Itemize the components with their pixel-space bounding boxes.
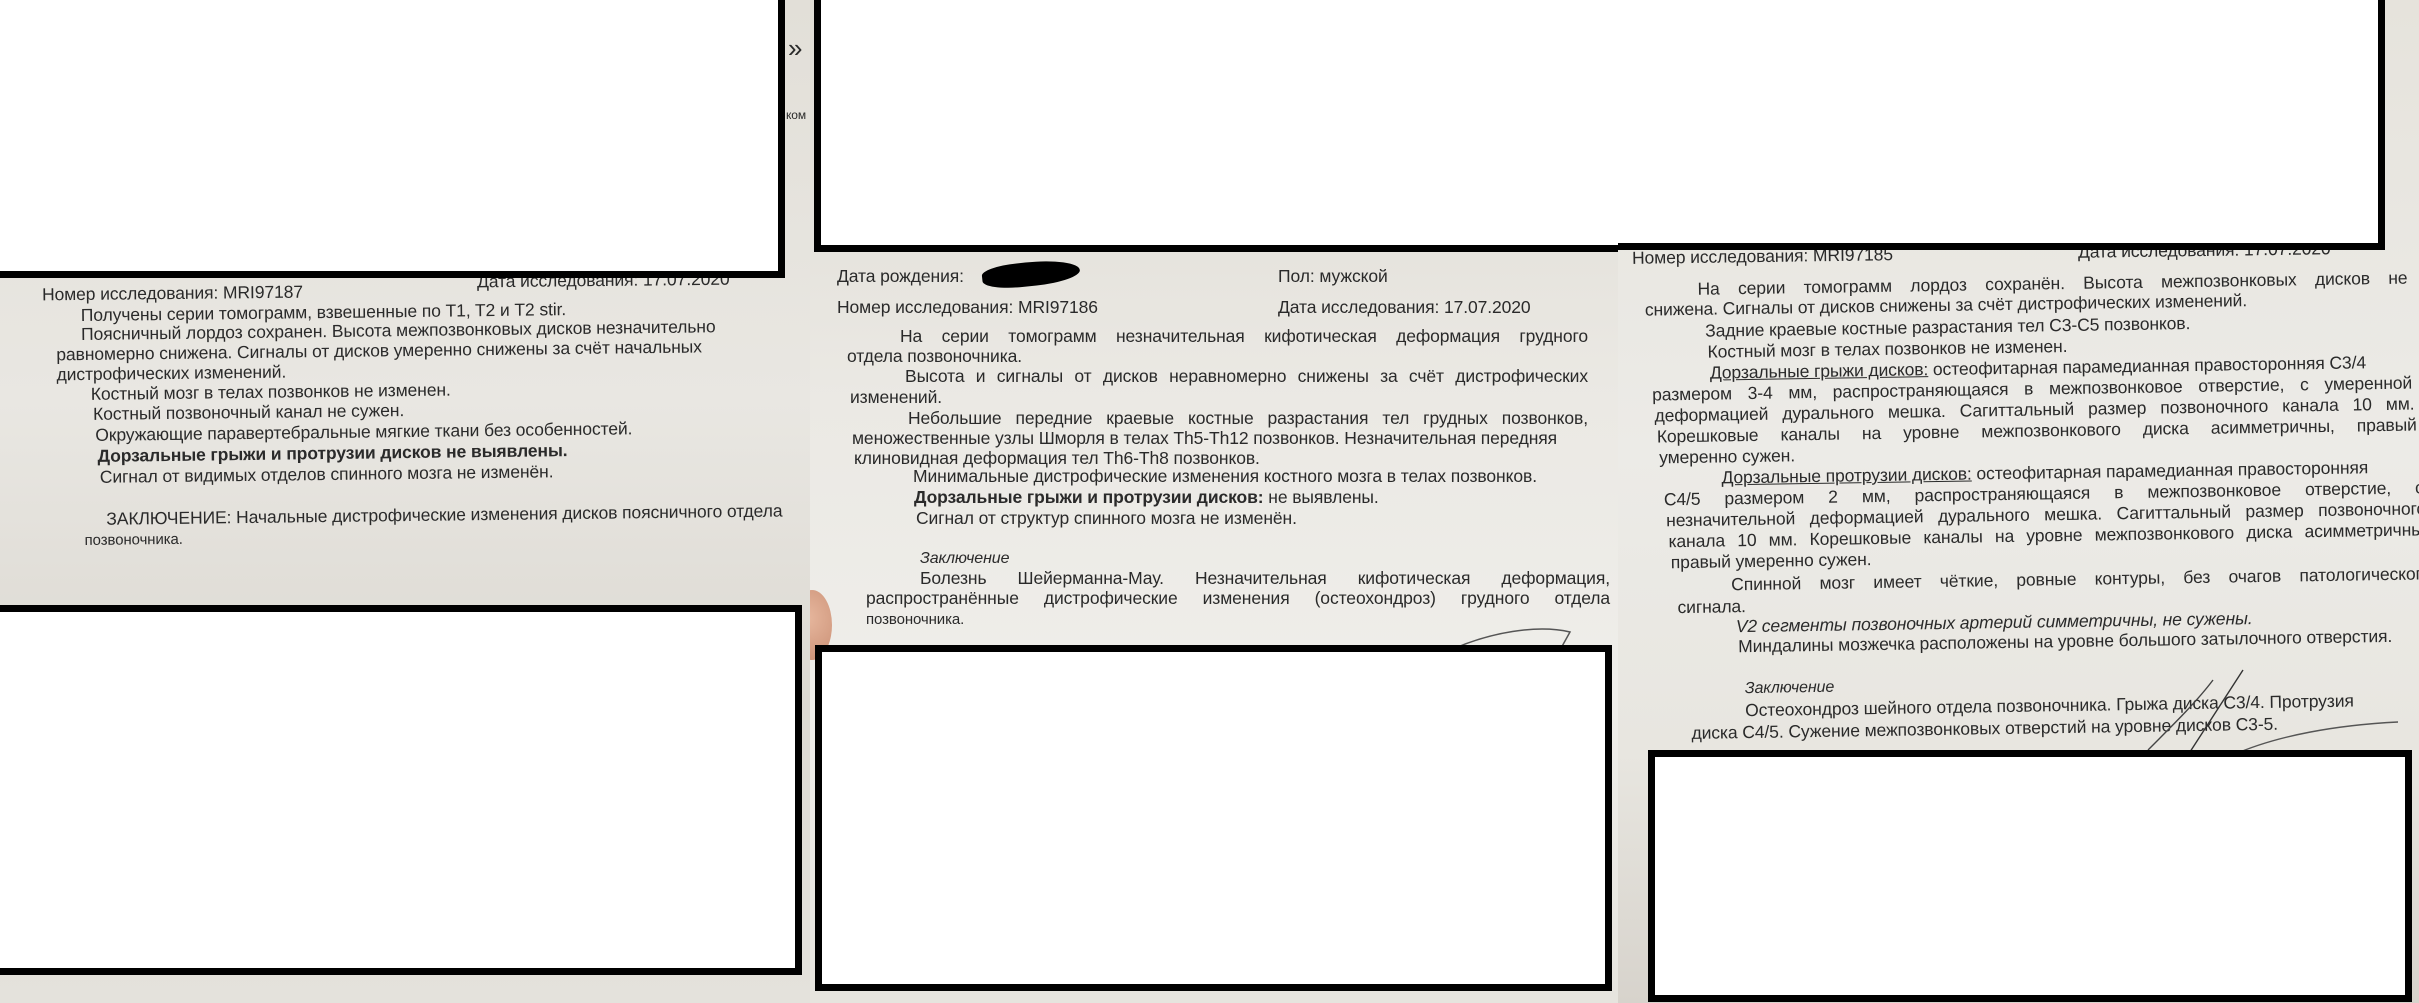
report-line: Сигнал от структур спинного мозга не изм… [916,508,1297,528]
redaction-box [0,605,802,975]
report-photo-cervical: Номер исследования: MRI97185 Дата исслед… [1618,0,2419,1003]
report-line: Высота и сигналы от дисков неравномерно … [905,366,1588,386]
conclusion-line: Болезнь Шейерманна-Мау. Незначительная к… [920,568,1610,588]
report-line: Минимальные дистрофические изменения кос… [913,466,1537,486]
report-line: На серии томограмм незначительная кифоти… [900,326,1588,346]
report-line: клиновидная деформация тел Th6-Th8 позво… [854,448,1260,468]
report-line: правый умеренно сужен. [1671,549,1872,572]
conclusion-line: позвоночника. [866,610,964,630]
birth-date-label: Дата рождения: [837,266,964,286]
redaction-box [1618,0,2385,250]
report-line: изменений. [850,387,942,407]
hernia-label: Дорзальные грыжи дисков: [1710,359,1929,382]
hernia-label: Дорзальные грыжи и протрузии дисков: [914,487,1264,507]
report-line: умеренно сужен. [1659,445,1795,467]
report-line: сигнала. [1677,596,1746,617]
edge-fragment: ком [786,105,806,125]
report-line: меножественные узлы Шморля в телах Th5-T… [852,428,1557,448]
redaction-box [814,0,1618,252]
report-photo-thoracic: Дата рождения: Пол: мужской Номер исслед… [810,0,1618,1003]
conclusion: позвоночника. [84,530,182,551]
study-date: Дата исследования: 17.07.2020 [1278,297,1531,317]
report-line: Сигнал от видимых отделов спинного мозга… [100,461,554,487]
study-number: Номер исследования: MRI97187 [42,282,303,305]
conclusion-heading: Заключение [920,549,1009,569]
report-line: Небольшие передние краевые костные разра… [908,408,1588,428]
hernia-finding: Дорзальные грыжи и протрузии дисков: не … [914,487,1379,507]
redaction-box [815,645,1612,991]
conclusion-heading: Заключение [1745,678,1835,699]
redaction-blob [981,257,1081,291]
protrusion-label: Дорзальные протрузии дисков: [1721,464,1972,488]
sex: Пол: мужской [1278,266,1388,286]
report-line: дистрофических изменений. [56,362,286,385]
report-line: отдела позвоночника. [847,346,1022,366]
edge-fragment: » [788,38,802,58]
conclusion-line: распространённые дистрофические изменени… [866,588,1610,608]
redaction-box [1648,750,2412,1002]
report-photo-lumbar: » ком Номер исследования: MRI97187 Дата … [0,0,810,1003]
redaction-box [0,0,785,278]
hernia-value: не выявлены. [1264,487,1379,507]
study-number: Номер исследования: MRI97186 [837,297,1098,317]
conclusion: ЗАКЛЮЧЕНИЕ: Начальные дистрофические изм… [106,500,782,528]
report-line: Костный позвоночный канал не сужен. [93,400,404,424]
